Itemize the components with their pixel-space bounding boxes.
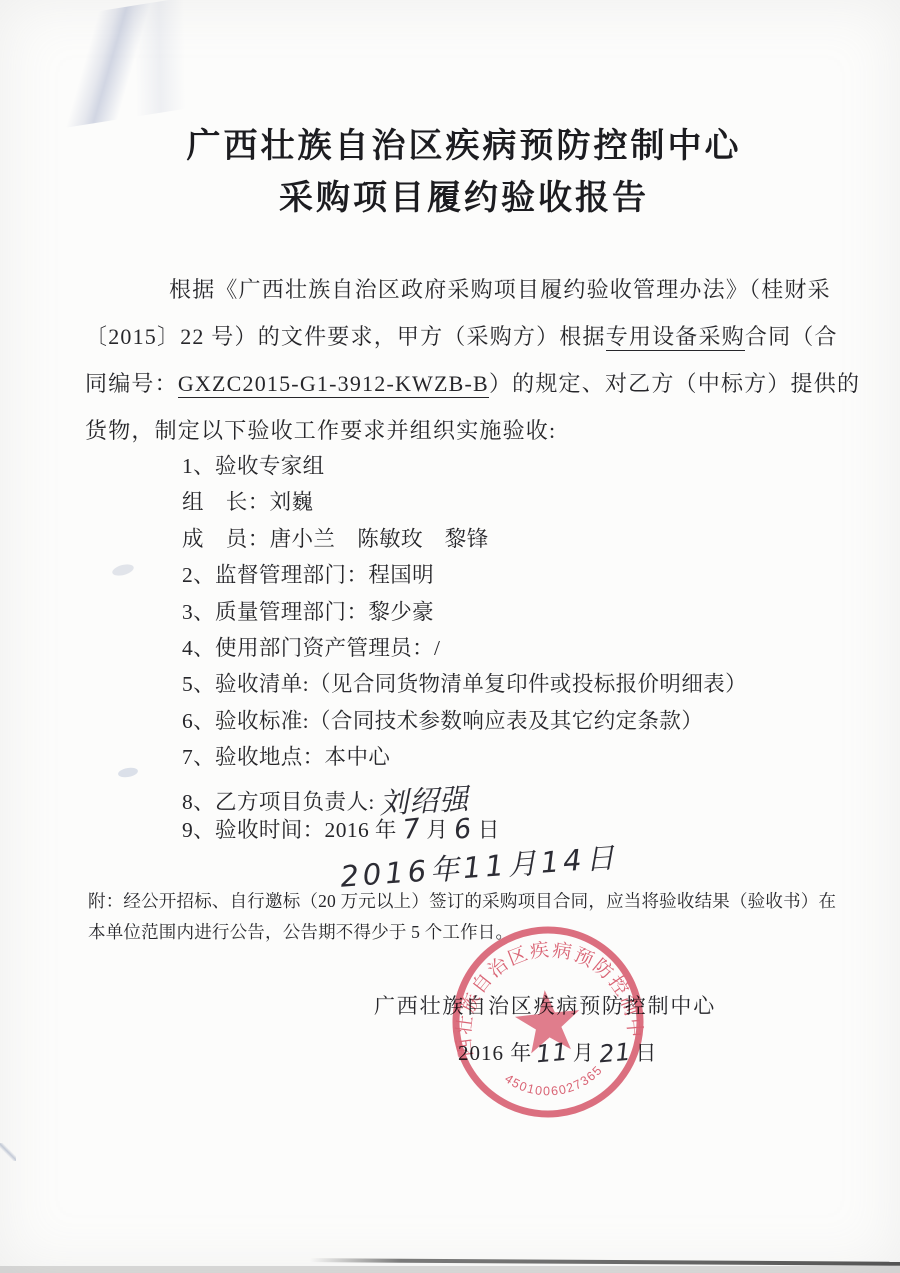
acceptance-items-list: 1、验收专家组 组 长：刘巍 成 员：唐小兰 陈敏玫 黎锋 2、监督管理部门：程… — [182, 449, 822, 886]
handwritten-second-date-line: 2016年11月14日 — [340, 849, 822, 885]
list-item-location: 7、验收地点：本中心 — [182, 740, 822, 776]
paragraph-line-3: 同编号：GXZC2015-G1-3912-KWZB-B）的规定、对乙方（中标方）… — [85, 360, 825, 407]
issue-month-unit: 月 — [573, 1041, 595, 1065]
list-item-members: 成 员：唐小兰 陈敏玫 黎锋 — [182, 522, 822, 558]
paragraph-line-3-tail: ）的规定、对乙方（中标方）提供的 — [489, 371, 860, 396]
list-item-standard: 6、验收标准:（合同技术参数响应表及其它约定条款） — [182, 704, 822, 740]
list-item-expert-group: 1、验收专家组 — [182, 449, 822, 485]
report-title-line1: 广西壮族自治区疾病预防控制中心 — [0, 118, 900, 167]
scan-mark-artifact — [0, 1143, 16, 1161]
footnote-line-2: 本单位范围内进行公告，公告期不得少于 5 个工作日。 — [88, 917, 868, 948]
representative-label: 8、乙方项目负责人: — [182, 790, 375, 814]
paragraph-line-2: 〔2015〕22 号）的文件要求，甲方（采购方）根据专用设备采购合同（合 — [85, 313, 825, 360]
list-item-representative: 8、乙方项目负责人:刘绍强 — [182, 777, 822, 813]
scanned-report-page: 广西壮族自治区疾病预防控制中心 采购项目履约验收报告 根据《广西壮族自治区政府采… — [0, 0, 900, 1273]
list-item-leader: 组 长：刘巍 — [182, 485, 822, 521]
list-item-quality-dept: 3、质量管理部门：黎少豪 — [182, 595, 822, 631]
issue-date-year: 2016 年 — [458, 1041, 532, 1065]
paragraph-line-2-text: 〔2015〕22 号）的文件要求，甲方（采购方）根据 — [85, 324, 606, 349]
paragraph-line-2-tail: 合同（合 — [745, 324, 838, 349]
footnote-line-1: 附：经公开招标、自行邀标（20 万元以上）签订的采购项目合同，应当将验收结果（验… — [88, 886, 868, 917]
underlined-contract-type: 专用设备采购 — [606, 324, 745, 351]
contract-number-label: 同编号： — [85, 371, 178, 396]
paragraph-line-4: 货物，制定以下验收工作要求并组织实施验收: — [85, 407, 825, 454]
contract-number: GXZC2015-G1-3912-KWZB-B — [178, 371, 489, 398]
list-item-asset-manager: 4、使用部门资产管理员：/ — [182, 631, 822, 667]
handwritten-day: 6 — [453, 813, 474, 846]
page-edge-shadow — [310, 1258, 900, 1266]
day-unit: 日 — [478, 818, 500, 842]
footnote: 附：经公开招标、自行邀标（20 万元以上）签订的采购项目合同，应当将验收结果（验… — [88, 886, 868, 947]
list-item-supervision-dept: 2、监督管理部门：程国明 — [182, 558, 822, 594]
month-unit: 月 — [426, 818, 448, 842]
page-edge-shadow — [0, 1266, 900, 1273]
issue-day-unit: 日 — [635, 1041, 657, 1065]
handwritten-issue-month: 11 — [535, 1038, 570, 1069]
seal-ring — [447, 921, 649, 1123]
intro-paragraph: 根据《广西壮族自治区政府采购项目履约验收管理办法》（桂财采 〔2015〕22 号… — [85, 266, 825, 454]
acceptance-time-label: 9、验收时间：2016 年 — [182, 818, 397, 842]
list-item-checklist: 5、验收清单:（见合同货物清单复印件或投标报价明细表） — [182, 667, 822, 703]
issue-date: 2016 年11月21日 — [458, 1037, 657, 1067]
handwritten-month: 7 — [401, 813, 422, 846]
scan-speck-artifact — [117, 766, 138, 778]
seal-number: 4501006027365 — [501, 1062, 608, 1104]
paragraph-line-1: 根据《广西壮族自治区政府采购项目履约验收管理办法》（桂财采 — [85, 266, 825, 313]
handwritten-issue-day: 21 — [598, 1038, 633, 1069]
issuer-org-name: 广西壮族自治区疾病预防控制中心 — [374, 990, 716, 1020]
report-title-line2: 采购项目履约验收报告 — [0, 170, 900, 219]
scan-speck-artifact — [111, 562, 135, 577]
